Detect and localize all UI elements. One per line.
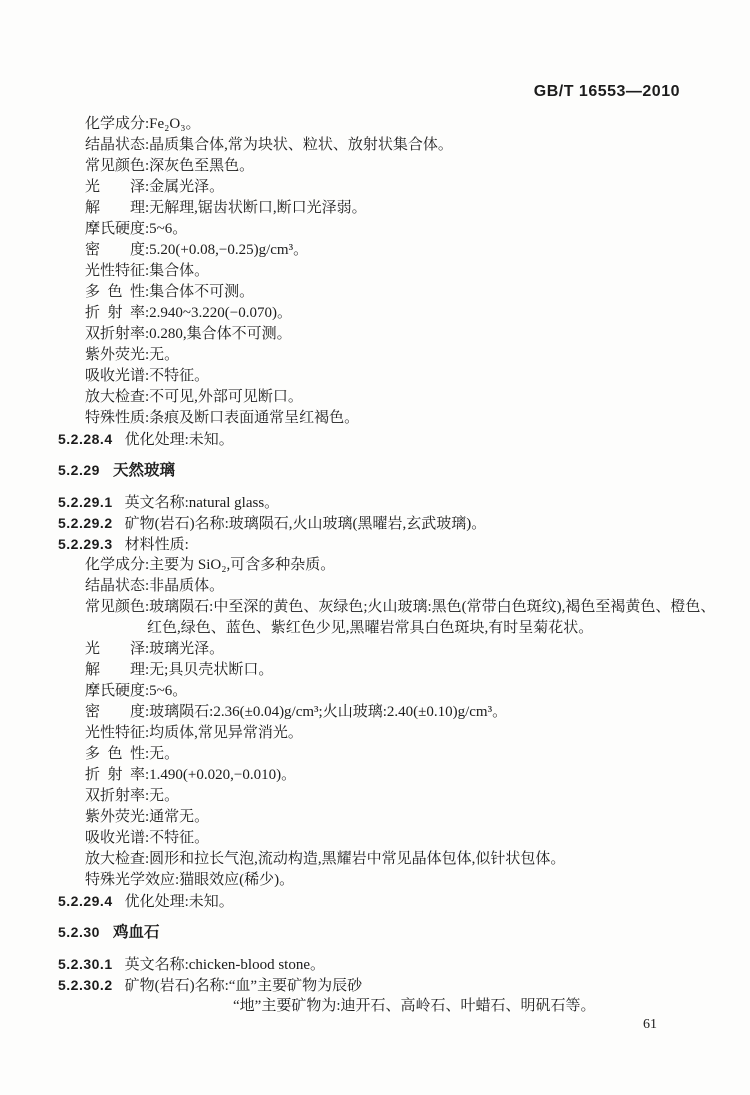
clause-number: 5.2.30.2 [58,977,113,993]
clause-number: 5.2.29.4 [58,893,113,909]
page-content: 化学成分:Fe₂O₃。 结晶状态:晶质集合体,常为块状、粒状、放射状集合体。 常… [0,114,750,1017]
property-line: 紫外荧光:无。 [0,345,750,366]
property-line: 特殊光学效应:猫眼效应(稀少)。 [0,870,750,891]
property-line: 解 理:无;具贝壳状断口。 [0,660,750,681]
property-line: 解 理:无解理,锯齿状断口,断口光泽弱。 [0,198,750,219]
clause-text: 英文名称:natural glass。 [125,495,280,511]
clause-text: 英文名称:chicken-blood stone。 [125,957,325,973]
clause-line: 5.2.29.1英文名称:natural glass。 [0,492,750,513]
property-line: 多 色 性:集合体不可测。 [0,282,750,303]
property-line: 光 泽:金属光泽。 [0,177,750,198]
continuation-line: “地”主要矿物为:迪开石、高岭石、叶蜡石、明矾石等。 [0,996,750,1017]
property-line: 紫外荧光:通常无。 [0,807,750,828]
clause-number: 5.2.29.3 [58,536,113,552]
property-line: 摩氏硬度:5~6。 [0,219,750,240]
clause-text: 矿物(岩石)名称:玻璃陨石,火山玻璃(黑曜岩,玄武玻璃)。 [125,516,487,532]
property-line: 折 射 率:2.940~3.220(−0.070)。 [0,303,750,324]
heading-number: 5.2.29 [58,462,100,478]
property-line: 双折射率:无。 [0,786,750,807]
clause-text: 优化处理:未知。 [125,894,234,910]
heading-title: 天然玻璃 [113,462,175,479]
clause-line: 5.2.30.2矿物(岩石)名称:“血”主要矿物为辰砂 [0,975,750,996]
property-line: 特殊性质:条痕及断口表面通常呈红褐色。 [0,408,750,429]
clause-text: 优化处理:未知。 [125,432,234,448]
heading-title: 鸡血石 [113,924,160,941]
property-line: 摩氏硬度:5~6。 [0,681,750,702]
section-heading: 5.2.29天然玻璃 [0,460,750,481]
property-line: 放大检查:圆形和拉长气泡,流动构造,黑耀岩中常见晶体包体,似针状包体。 [0,849,750,870]
property-line: 常见颜色:深灰色至黑色。 [0,156,750,177]
property-line: 多 色 性:无。 [0,744,750,765]
clause-number: 5.2.30.1 [58,956,113,972]
property-line: 结晶状态:晶质集合体,常为块状、粒状、放射状集合体。 [0,135,750,156]
property-line: 吸收光谱:不特征。 [0,828,750,849]
page-number: 61 [643,1017,657,1033]
heading-number: 5.2.30 [58,924,100,940]
property-line: 光 泽:玻璃光泽。 [0,639,750,660]
clause-line: 5.2.29.4优化处理:未知。 [0,891,750,912]
clause-number: 5.2.29.1 [58,494,113,510]
clause-line: 5.2.28.4优化处理:未知。 [0,429,750,450]
clause-line: 5.2.29.2矿物(岩石)名称:玻璃陨石,火山玻璃(黑曜岩,玄武玻璃)。 [0,513,750,534]
property-line: 双折射率:0.280,集合体不可测。 [0,324,750,345]
section-heading: 5.2.30鸡血石 [0,922,750,943]
property-line: 结晶状态:非晶质体。 [0,576,750,597]
property-line: 化学成分:Fe₂O₃。 [0,114,750,135]
property-line: 折 射 率:1.490(+0.020,−0.010)。 [0,765,750,786]
property-line: 吸收光谱:不特征。 [0,366,750,387]
doc-number: GB/T 16553—2010 [534,83,680,101]
property-line: 光性特征:均质体,常见异常消光。 [0,723,750,744]
clause-text: 矿物(岩石)名称:“血”主要矿物为辰砂 [125,978,362,994]
clause-text: 材料性质: [125,537,189,553]
property-line: 放大检查:不可见,外部可见断口。 [0,387,750,408]
clause-line: 5.2.30.1英文名称:chicken-blood stone。 [0,954,750,975]
clause-number: 5.2.28.4 [58,431,113,447]
property-line: 化学成分:主要为 SiO₂,可含多种杂质。 [0,555,750,576]
clause-line: 5.2.29.3材料性质: [0,534,750,555]
clause-number: 5.2.29.2 [58,515,113,531]
property-line: 光性特征:集合体。 [0,261,750,282]
property-line: 密 度:玻璃陨石:2.36(±0.04)g/cm³;火山玻璃:2.40(±0.1… [0,702,750,723]
continuation-line: 红色,绿色、蓝色、紫红色少见,黑曜岩常具白色斑块,有时呈菊花状。 [0,618,750,639]
document-page: GB/T 16553—2010 化学成分:Fe₂O₃。 结晶状态:晶质集合体,常… [0,0,750,1095]
property-line: 密 度:5.20(+0.08,−0.25)g/cm³。 [0,240,750,261]
property-line: 常见颜色:玻璃陨石:中至深的黄色、灰绿色;火山玻璃:黑色(常带白色斑纹),褐色至… [0,597,750,618]
